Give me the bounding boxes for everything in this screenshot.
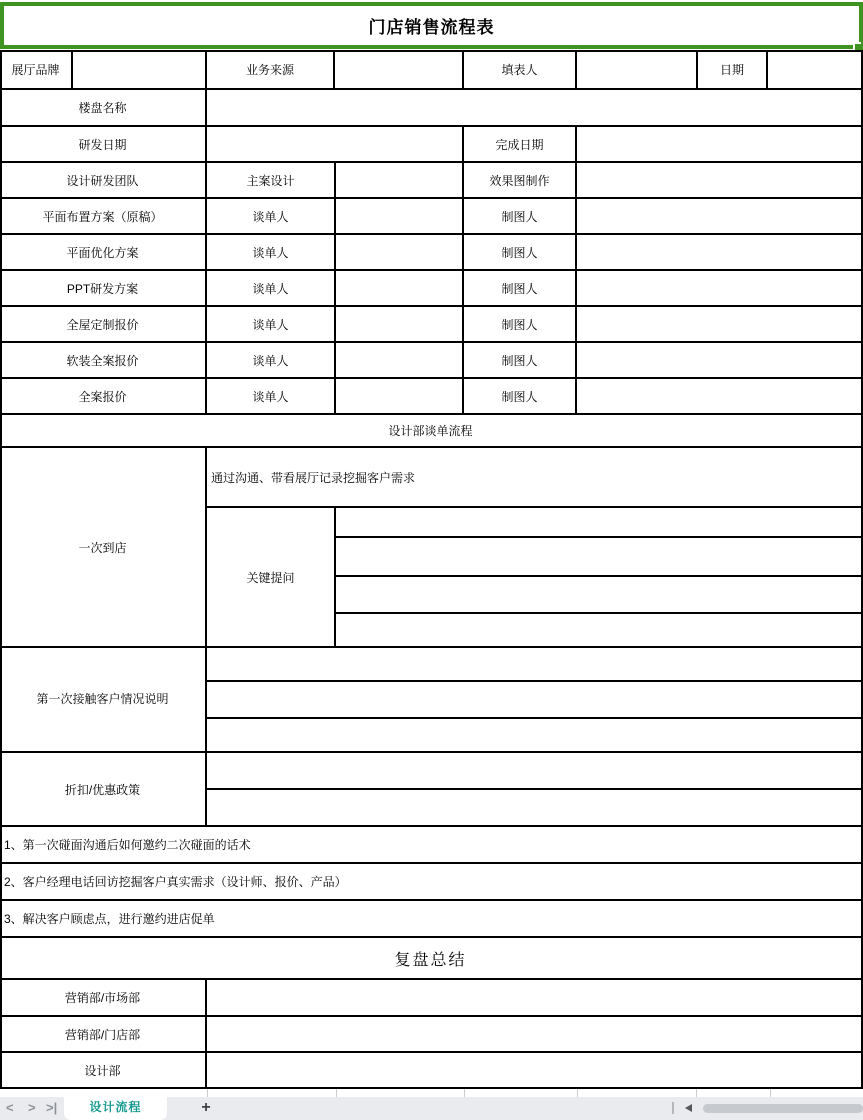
- negotiator-label[interactable]: 谈单人: [207, 307, 336, 343]
- review-row-value[interactable]: [207, 1017, 863, 1053]
- drafter-value[interactable]: [577, 235, 863, 271]
- complete-date-value-cell[interactable]: [577, 127, 863, 163]
- drafter-value[interactable]: [577, 199, 863, 235]
- negotiator-label[interactable]: 谈单人: [207, 379, 336, 415]
- review-row-label[interactable]: 设计部: [0, 1053, 207, 1089]
- plan-row-label[interactable]: 平面优化方案: [0, 235, 207, 271]
- plan-row-label[interactable]: 全案报价: [0, 379, 207, 415]
- horizontal-scrollbar-thumb[interactable]: [703, 1104, 863, 1113]
- key-question-value-cell[interactable]: [336, 508, 863, 538]
- title-cell[interactable]: 门店销售流程表: [0, 2, 863, 49]
- key-question-label-cell[interactable]: 关键提问: [207, 508, 336, 648]
- brand-label-cell[interactable]: 展厅品牌: [0, 50, 73, 90]
- drafter-label[interactable]: 制图人: [464, 199, 577, 235]
- key-question-value-cell[interactable]: [336, 614, 863, 648]
- first-contact-value-cell[interactable]: [207, 719, 863, 753]
- drafter-label[interactable]: 制图人: [464, 235, 577, 271]
- dev-date-label-cell[interactable]: 研发日期: [0, 127, 207, 163]
- negotiator-label[interactable]: 谈单人: [207, 235, 336, 271]
- discount-value-cell[interactable]: [207, 790, 863, 827]
- sheet-tab-label: 设计流程: [89, 1098, 141, 1115]
- spreadsheet-view: 门店销售流程表 展厅品牌 业务来源 填表人 日期 楼盘名称 研发日期 完成日期 …: [0, 0, 863, 1120]
- plan-row-label[interactable]: PPT研发方案: [0, 271, 207, 307]
- negotiator-value[interactable]: [336, 307, 464, 343]
- section2-header-cell[interactable]: 复盘总结: [0, 938, 863, 980]
- project-name-label-cell[interactable]: 楼盘名称: [0, 90, 207, 127]
- dev-date-value-cell[interactable]: [207, 127, 464, 163]
- project-name-value-cell[interactable]: [207, 90, 863, 127]
- team-label-cell[interactable]: 设计研发团队: [0, 163, 207, 199]
- first-contact-value-cell[interactable]: [207, 648, 863, 682]
- sheet-tab-active[interactable]: 设计流程: [64, 1092, 167, 1120]
- review-row-label[interactable]: 营销部/市场部: [0, 980, 207, 1017]
- gridline: [464, 1089, 465, 1097]
- negotiator-value[interactable]: [336, 235, 464, 271]
- source-label-cell[interactable]: 业务来源: [207, 50, 335, 90]
- last-sheet-icon[interactable]: >|: [46, 1099, 57, 1117]
- negotiator-label[interactable]: 谈单人: [207, 271, 336, 307]
- discount-value-cell[interactable]: [207, 753, 863, 790]
- step-row[interactable]: 3、解决客户顾虑点，进行邀约进店促单: [0, 901, 863, 938]
- plan-row-label[interactable]: 平面布置方案（原稿）: [0, 199, 207, 235]
- section1-header-cell[interactable]: 设计部谈单流程: [0, 415, 863, 448]
- drafter-value[interactable]: [577, 343, 863, 379]
- review-row-value[interactable]: [207, 980, 863, 1017]
- drafter-label[interactable]: 制图人: [464, 307, 577, 343]
- source-value-cell[interactable]: [335, 50, 464, 90]
- complete-date-label-cell[interactable]: 完成日期: [464, 127, 577, 163]
- render-label-cell[interactable]: 效果图制作: [464, 163, 577, 199]
- prev-sheet-icon[interactable]: <: [6, 1099, 14, 1117]
- negotiator-value[interactable]: [336, 199, 464, 235]
- gridline: [336, 1089, 337, 1097]
- first-contact-value-cell[interactable]: [207, 682, 863, 719]
- filler-label-cell[interactable]: 填表人: [464, 50, 577, 90]
- drafter-value[interactable]: [577, 271, 863, 307]
- lead-design-label-cell[interactable]: 主案设计: [207, 163, 336, 199]
- negotiator-value[interactable]: [336, 271, 464, 307]
- step-row[interactable]: 1、第一次碰面沟通后如何邀约二次碰面的话术: [0, 827, 863, 864]
- gridline: [577, 1089, 578, 1097]
- gridline: [696, 1089, 697, 1097]
- review-row-value[interactable]: [207, 1053, 863, 1089]
- page-title: 门店销售流程表: [369, 13, 495, 38]
- drafter-label[interactable]: 制图人: [464, 379, 577, 415]
- drafter-value[interactable]: [577, 307, 863, 343]
- step-row[interactable]: 2、客户经理电话回访挖掘客户真实需求（设计师、报价、产品）: [0, 864, 863, 901]
- scrollbar-divider: [672, 1102, 674, 1114]
- negotiator-value[interactable]: [336, 343, 464, 379]
- next-sheet-icon[interactable]: >: [28, 1099, 36, 1117]
- add-sheet-button[interactable]: +: [196, 1098, 216, 1118]
- lead-design-value-cell[interactable]: [336, 163, 464, 199]
- key-question-value-cell[interactable]: [336, 577, 863, 614]
- drafter-label[interactable]: 制图人: [464, 271, 577, 307]
- negotiator-label[interactable]: 谈单人: [207, 343, 336, 379]
- plan-row-label[interactable]: 软装全案报价: [0, 343, 207, 379]
- brand-value-cell[interactable]: [73, 50, 207, 90]
- first-contact-label-cell[interactable]: 第一次接触客户情况说明: [0, 648, 207, 753]
- negotiator-value[interactable]: [336, 379, 464, 415]
- date-value-cell[interactable]: [768, 50, 863, 90]
- negotiator-label[interactable]: 谈单人: [207, 199, 336, 235]
- gridline: [770, 1089, 771, 1097]
- scroll-left-icon[interactable]: [685, 1104, 692, 1112]
- first-visit-label-cell[interactable]: 一次到店: [0, 448, 207, 648]
- render-value-cell[interactable]: [577, 163, 863, 199]
- first-visit-note-cell[interactable]: 通过沟通、带看展厅记录挖掘客户需求: [207, 448, 863, 508]
- date-label-cell[interactable]: 日期: [698, 50, 768, 90]
- key-question-value-cell[interactable]: [336, 538, 863, 577]
- drafter-label[interactable]: 制图人: [464, 343, 577, 379]
- discount-label-cell[interactable]: 折扣/优惠政策: [0, 753, 207, 827]
- gridline: [207, 1089, 208, 1097]
- drafter-value[interactable]: [577, 379, 863, 415]
- filler-value-cell[interactable]: [577, 50, 698, 90]
- review-row-label[interactable]: 营销部/门店部: [0, 1017, 207, 1053]
- plan-row-label[interactable]: 全屋定制报价: [0, 307, 207, 343]
